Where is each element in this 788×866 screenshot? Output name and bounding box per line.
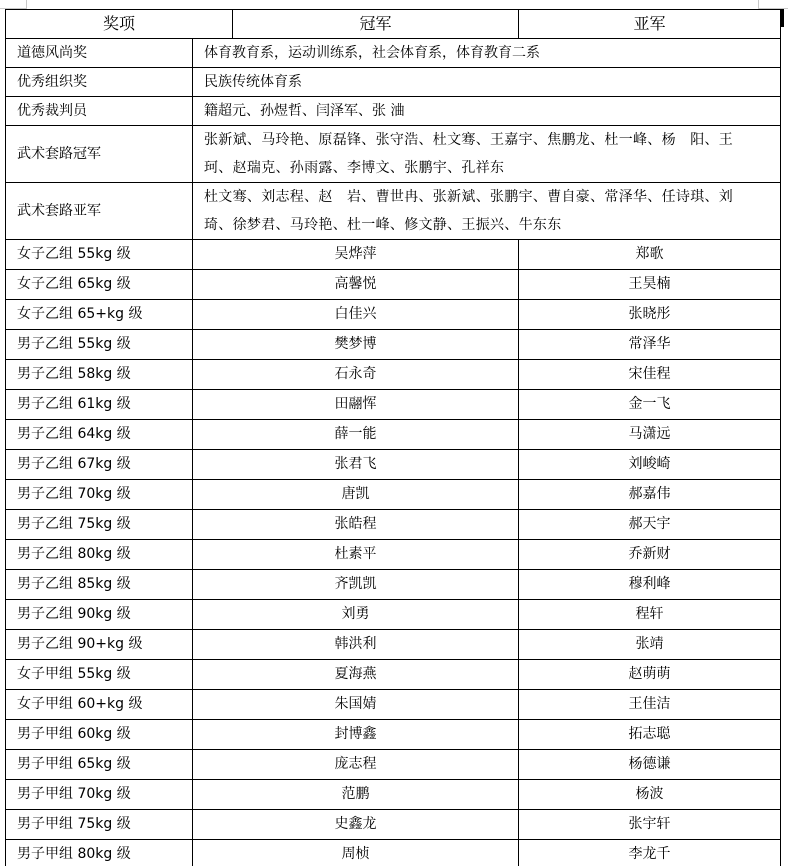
weight-category: 女子乙组 65+kg 级 [6, 300, 193, 330]
runner-up-name: 刘峻崎 [519, 450, 781, 480]
weight-category: 女子乙组 55kg 级 [6, 240, 193, 270]
table-row: 男子乙组 90+kg 级韩洪利张靖 [6, 630, 781, 660]
weight-category: 女子甲组 60+kg 级 [6, 690, 193, 720]
table-row: 男子乙组 61kg 级田翮恽金一飞 [6, 390, 781, 420]
champion-name: 刘勇 [193, 600, 519, 630]
table-row: 女子甲组 55kg 级夏海燕赵萌萌 [6, 660, 781, 690]
weight-category: 男子乙组 64kg 级 [6, 420, 193, 450]
award-winners: 体育教育系，运动训练系，社会体育系，体育教育二系 [193, 39, 781, 68]
champion-name: 庞志程 [193, 750, 519, 780]
table-row: 女子乙组 55kg 级吴烨萍郑歌 [6, 240, 781, 270]
award-item: 优秀组织奖 [6, 68, 193, 97]
weight-category: 男子乙组 80kg 级 [6, 540, 193, 570]
table-header-row: 奖项 冠军 亚军 [6, 10, 781, 39]
runner-up-name: 王昊楠 [519, 270, 781, 300]
header-award-item: 奖项 [6, 10, 233, 39]
award-winners: 张新斌、马玲艳、原磊锋、张守浩、杜文骞、王嘉宇、焦鹏龙、杜一峰、杨 阳、王 珂、… [193, 126, 781, 183]
champion-name: 韩洪利 [193, 630, 519, 660]
award-row: 武术套路亚军 杜文骞、刘志程、赵 岩、曹世冉、张新斌、张鹏宇、曹自豪、常泽华、任… [6, 183, 781, 240]
weight-category: 男子乙组 58kg 级 [6, 360, 193, 390]
runner-up-name: 杨波 [519, 780, 781, 810]
runner-up-name: 郝嘉伟 [519, 480, 781, 510]
runner-up-name: 穆利峰 [519, 570, 781, 600]
champion-name: 田翮恽 [193, 390, 519, 420]
table-row: 男子乙组 80kg 级杜素平乔新财 [6, 540, 781, 570]
weight-category: 男子乙组 75kg 级 [6, 510, 193, 540]
champion-name: 薛一能 [193, 420, 519, 450]
weight-category: 男子乙组 90kg 级 [6, 600, 193, 630]
award-item: 武术套路亚军 [6, 183, 193, 240]
table-row: 男子乙组 75kg 级张皓程郝天宇 [6, 510, 781, 540]
text-cursor [781, 9, 784, 27]
award-row: 道德风尚奖 体育教育系，运动训练系，社会体育系，体育教育二系 [6, 39, 781, 68]
runner-up-name: 常泽华 [519, 330, 781, 360]
champion-name: 史鑫龙 [193, 810, 519, 840]
runner-up-name: 程轩 [519, 600, 781, 630]
champion-name: 杜素平 [193, 540, 519, 570]
champion-name: 吴烨萍 [193, 240, 519, 270]
table-row: 男子乙组 70kg 级唐凯郝嘉伟 [6, 480, 781, 510]
runner-up-name: 赵萌萌 [519, 660, 781, 690]
table-row: 女子乙组 65kg 级高馨悦王昊楠 [6, 270, 781, 300]
table-row: 女子乙组 65+kg 级白佳兴张晓彤 [6, 300, 781, 330]
table-row: 男子乙组 58kg 级石永奇宋佳程 [6, 360, 781, 390]
award-item: 武术套路冠军 [6, 126, 193, 183]
awards-table: 奖项 冠军 亚军 道德风尚奖 体育教育系，运动训练系，社会体育系，体育教育二系 … [5, 9, 781, 866]
table-row: 男子甲组 60kg 级封博鑫拓志聪 [6, 720, 781, 750]
champion-name: 石永奇 [193, 360, 519, 390]
page-corner-mark-left [0, 0, 27, 9]
champion-name: 樊梦博 [193, 330, 519, 360]
weight-category: 男子乙组 61kg 级 [6, 390, 193, 420]
runner-up-name: 金一飞 [519, 390, 781, 420]
table-row: 男子乙组 85kg 级齐凯凯穆利峰 [6, 570, 781, 600]
table-row: 男子甲组 65kg 级庞志程杨德谦 [6, 750, 781, 780]
champion-name: 夏海燕 [193, 660, 519, 690]
champion-name: 范鹏 [193, 780, 519, 810]
table-row: 男子甲组 80kg 级周桢李龙千 [6, 840, 781, 866]
award-winners: 杜文骞、刘志程、赵 岩、曹世冉、张新斌、张鹏宇、曹自豪、常泽华、任诗琪、刘 琦、… [193, 183, 781, 240]
table-row: 男子乙组 67kg 级张君飞刘峻崎 [6, 450, 781, 480]
weight-category: 男子甲组 65kg 级 [6, 750, 193, 780]
runner-up-name: 张靖 [519, 630, 781, 660]
champion-name: 封博鑫 [193, 720, 519, 750]
award-row: 优秀裁判员 籍超元、孙煜哲、闫泽军、张 浀 [6, 97, 781, 126]
runner-up-name: 王佳洁 [519, 690, 781, 720]
table-row: 男子乙组 64kg 级薛一能马潇远 [6, 420, 781, 450]
weight-category: 男子甲组 60kg 级 [6, 720, 193, 750]
champion-name: 齐凯凯 [193, 570, 519, 600]
runner-up-name: 李龙千 [519, 840, 781, 866]
weight-category: 男子乙组 85kg 级 [6, 570, 193, 600]
champion-name: 朱国婧 [193, 690, 519, 720]
award-item: 道德风尚奖 [6, 39, 193, 68]
runner-up-name: 郝天宇 [519, 510, 781, 540]
table-row: 男子乙组 90kg 级刘勇程轩 [6, 600, 781, 630]
runner-up-name: 张晓彤 [519, 300, 781, 330]
weight-category: 男子乙组 90+kg 级 [6, 630, 193, 660]
champion-name: 张君飞 [193, 450, 519, 480]
champion-name: 唐凯 [193, 480, 519, 510]
table-row: 男子甲组 75kg 级史鑫龙张宇轩 [6, 810, 781, 840]
header-champion: 冠军 [233, 10, 519, 39]
runner-up-name: 郑歌 [519, 240, 781, 270]
runner-up-name: 拓志聪 [519, 720, 781, 750]
award-row: 武术套路冠军 张新斌、马玲艳、原磊锋、张守浩、杜文骞、王嘉宇、焦鹏龙、杜一峰、杨… [6, 126, 781, 183]
weight-category: 女子乙组 65kg 级 [6, 270, 193, 300]
award-row: 优秀组织奖 民族传统体育系 [6, 68, 781, 97]
table-row: 女子甲组 60+kg 级朱国婧王佳洁 [6, 690, 781, 720]
award-winners: 籍超元、孙煜哲、闫泽军、张 浀 [193, 97, 781, 126]
runner-up-name: 张宇轩 [519, 810, 781, 840]
weight-category: 男子乙组 67kg 级 [6, 450, 193, 480]
runner-up-name: 宋佳程 [519, 360, 781, 390]
weight-category: 男子甲组 80kg 级 [6, 840, 193, 866]
table-row: 男子甲组 70kg 级范鹏杨波 [6, 780, 781, 810]
header-runner-up: 亚军 [519, 10, 781, 39]
weight-category: 男子甲组 70kg 级 [6, 780, 193, 810]
table-row: 男子乙组 55kg 级樊梦博常泽华 [6, 330, 781, 360]
weight-category: 女子甲组 55kg 级 [6, 660, 193, 690]
weight-category: 男子乙组 70kg 级 [6, 480, 193, 510]
weight-category: 男子乙组 55kg 级 [6, 330, 193, 360]
champion-name: 张皓程 [193, 510, 519, 540]
weight-category: 男子甲组 75kg 级 [6, 810, 193, 840]
award-item: 优秀裁判员 [6, 97, 193, 126]
champion-name: 周桢 [193, 840, 519, 866]
award-winners: 民族传统体育系 [193, 68, 781, 97]
runner-up-name: 马潇远 [519, 420, 781, 450]
runner-up-name: 乔新财 [519, 540, 781, 570]
runner-up-name: 杨德谦 [519, 750, 781, 780]
champion-name: 高馨悦 [193, 270, 519, 300]
page-corner-mark-right [758, 0, 788, 9]
champion-name: 白佳兴 [193, 300, 519, 330]
